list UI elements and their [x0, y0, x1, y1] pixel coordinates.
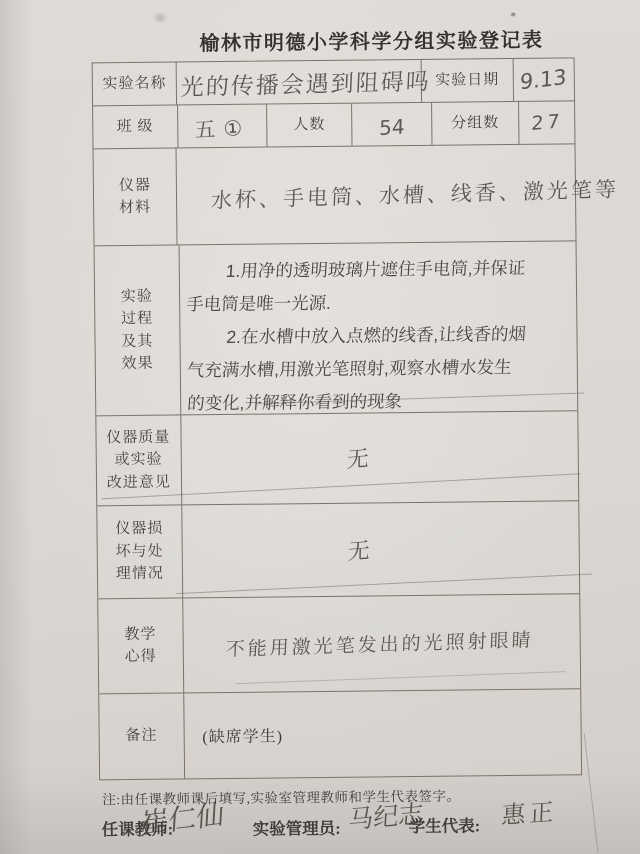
class-label: 班 级: [93, 105, 178, 148]
experiment-registration-table: 实验名称 光的传播会遇到阻碍吗 实验日期 9.13 班 级 五① 人数 54 分: [92, 57, 582, 780]
materials-value: 水杯、手电筒、水槽、线香、激光笔等: [210, 173, 619, 214]
quality-feedback-value: 无: [346, 442, 369, 475]
form-title: 榆林市明德小学科学分组实验登记表: [199, 24, 543, 57]
student-count-label: 人数: [267, 104, 352, 147]
student-count-value: 54: [378, 108, 404, 140]
process-text-block: 1.用净的透明玻璃片遮住手电筒,并保证 手电筒是唯一光源. 2.在水槽中放入点燃…: [179, 241, 577, 420]
row-process: 实验 过程 及其 效果 1.用净的透明玻璃片遮住手电筒,并保证 手电筒是唯一光源…: [95, 241, 578, 416]
materials-cell: 水杯、手电筒、水槽、线香、激光笔等: [177, 144, 576, 244]
row-class-info: 班 级 五① 人数 54 分组数 27: [93, 101, 574, 149]
process-label: 实验 过程 及其 效果: [95, 245, 181, 415]
group-count-label: 分组数: [432, 102, 520, 145]
remarks-cell: (缺席学生): [184, 689, 581, 778]
paper-crease: [584, 733, 599, 852]
damage-report-value: 无: [347, 533, 370, 566]
class-value: 五①: [194, 108, 251, 144]
process-line-3: 2.在水槽中放入点燃的线香,让线香的烟: [185, 317, 577, 354]
experiment-name-value: 光的传播会遇到阻碍吗: [180, 63, 431, 102]
row-remarks: 备注 (缺席学生): [99, 689, 581, 779]
row-experiment-name: 实验名称 光的传播会遇到阻碍吗 实验日期 9.13: [93, 58, 574, 106]
class-cell: 五①: [178, 105, 268, 148]
quality-feedback-label: 仪器质量 或实验 改进意见: [96, 415, 182, 505]
row-quality-feedback: 仪器质量 或实验 改进意见 无: [96, 411, 578, 506]
group-count-cell: 27: [519, 101, 574, 144]
teaching-reflection-value: 不能用激光笔发出的光照射眼睛: [183, 625, 534, 663]
damage-report-label: 仪器损 坏与处 理情况: [97, 505, 183, 598]
experiment-date-cell: 9.13: [513, 58, 574, 101]
experiment-date-value: 9.13: [520, 65, 567, 95]
process-cell: 1.用净的透明玻璃片遮住手电筒,并保证 手电筒是唯一光源. 2.在水槽中放入点燃…: [179, 241, 577, 414]
remarks-value: (缺席学生): [184, 723, 283, 747]
row-materials: 仪器 材料 水杯、手电筒、水槽、线香、激光笔等: [94, 144, 576, 246]
student-signature-label: 学生代表:: [408, 812, 480, 837]
teaching-reflection-label: 教学 心得: [98, 598, 184, 693]
remarks-label: 备注: [99, 693, 185, 779]
experiment-name-label: 实验名称: [93, 62, 178, 105]
paper-warp-layer: 榆林市明德小学科学分组实验登记表 实验名称 光的传播会遇到阻碍吗 实验日期 9.…: [0, 0, 640, 854]
experiment-date-label: 实验日期: [422, 59, 514, 102]
manager-signature-label: 实验管理员:: [253, 815, 341, 840]
paper-speck: [510, 12, 516, 17]
materials-label: 仪器 材料: [94, 148, 178, 245]
process-line-1: 1.用净的透明玻璃片遮住手电筒,并保证: [184, 251, 576, 288]
student-count-cell: 54: [352, 103, 432, 146]
photographed-form: 榆林市明德小学科学分组实验登记表 实验名称 光的传播会遇到阻碍吗 实验日期 9.…: [0, 0, 640, 854]
student-signature: 惠正: [501, 792, 558, 831]
process-line-4: 气充满水槽,用激光笔照射,观察水槽水发生: [186, 350, 578, 387]
paper-smudge: [152, 12, 168, 24]
teacher-signature: 崔仁仙: [140, 792, 226, 842]
group-count-value: 27: [530, 110, 563, 135]
process-line-2: 手电筒是唯一光源.: [185, 284, 577, 321]
experiment-name-cell: 光的传播会遇到阻碍吗: [177, 60, 422, 105]
